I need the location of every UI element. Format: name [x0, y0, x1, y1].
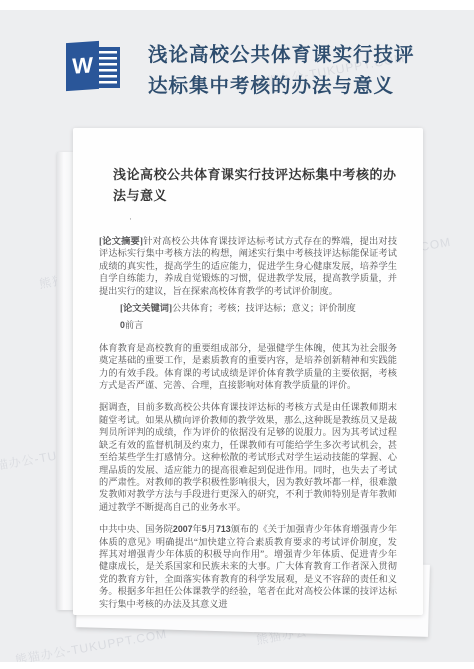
section-title: 前言: [125, 320, 143, 330]
page-title-line2: 达标集中考核的办法与意义: [148, 71, 448, 102]
word-icon-letter: W: [72, 54, 93, 77]
keywords-label: [论文关键词]: [120, 303, 172, 313]
paragraph-3-segment: 年: [193, 524, 202, 534]
body-paragraph-1: 体育教育是高校教育的重要组成部分，是强健学生体魄，使其为社会服务奠定基础的重要工…: [99, 342, 397, 392]
word-icon-text-lines: [98, 51, 117, 84]
abstract-paragraph: [论文摘要]针对高校公共体育课技评达标考试方式存在的弊端，提出对技评达标实行集中…: [99, 235, 397, 297]
preview-screen: W 浅论高校公共体育课实行技评 达标集中考核的办法与意义 熊猫办公-TUKUPP…: [0, 0, 474, 669]
document-title: 浅论高校公共体育课实行技评达标集中考核的办法与意义: [113, 164, 401, 206]
paragraph-3-segment: 颁布的《关于加强青少年体育增强青少年体质的意见》明确提出“加快建立符合素质教育要…: [99, 524, 397, 608]
section-heading: 0前言: [99, 319, 397, 331]
keywords-text: 公共体育；考核；技评达标；意义；评价制度: [172, 303, 356, 313]
word-file-icon: W: [64, 40, 122, 94]
top-white-strip: [0, 0, 474, 10]
abstract-label: [论文摘要]: [99, 236, 143, 246]
paragraph-3-year: 2007: [173, 524, 193, 534]
keywords-line: [论文关键词]公共体育；考核；技评达标；意义；评价制度: [99, 302, 397, 314]
abstract-text: 针对高校公共体育课技评达标考试方式存在的弊端，提出对技评达标实行集中考核方法的构…: [99, 236, 397, 296]
document-corner-mark: ·: [129, 215, 397, 224]
body-paragraph-2: 据调查，目前多数高校公共体育课技评达标的考核方式是由任课教师期末随堂考试。如果从…: [99, 401, 397, 513]
page-title-line1: 浅论高校公共体育课实行技评: [148, 40, 448, 71]
paragraph-3-segment: 中共中央、国务院: [99, 524, 173, 534]
header: W 浅论高校公共体育课实行技评 达标集中考核的办法与意义: [0, 10, 474, 120]
document-content: 浅论高校公共体育课实行技评达标集中考核的办法与意义 · [论文摘要]针对高校公共…: [99, 164, 397, 610]
body-paragraph-3: 中共中央、国务院2007年5月713颁布的《关于加强青少年体育增强青少年体质的意…: [99, 523, 397, 610]
page-stack-left-edge: [57, 152, 74, 610]
paragraph-3-segment: 月: [207, 524, 216, 534]
page-title: 浅论高校公共体育课实行技评 达标集中考核的办法与意义: [148, 40, 448, 102]
document-preview-page: 浅论高校公共体育课实行技评达标集中考核的办法与意义 · [论文摘要]针对高校公共…: [73, 128, 423, 615]
bottom-white-strip: [0, 662, 474, 669]
word-icon-cover: W: [66, 41, 99, 91]
paragraph-3-day: 713: [216, 524, 231, 534]
